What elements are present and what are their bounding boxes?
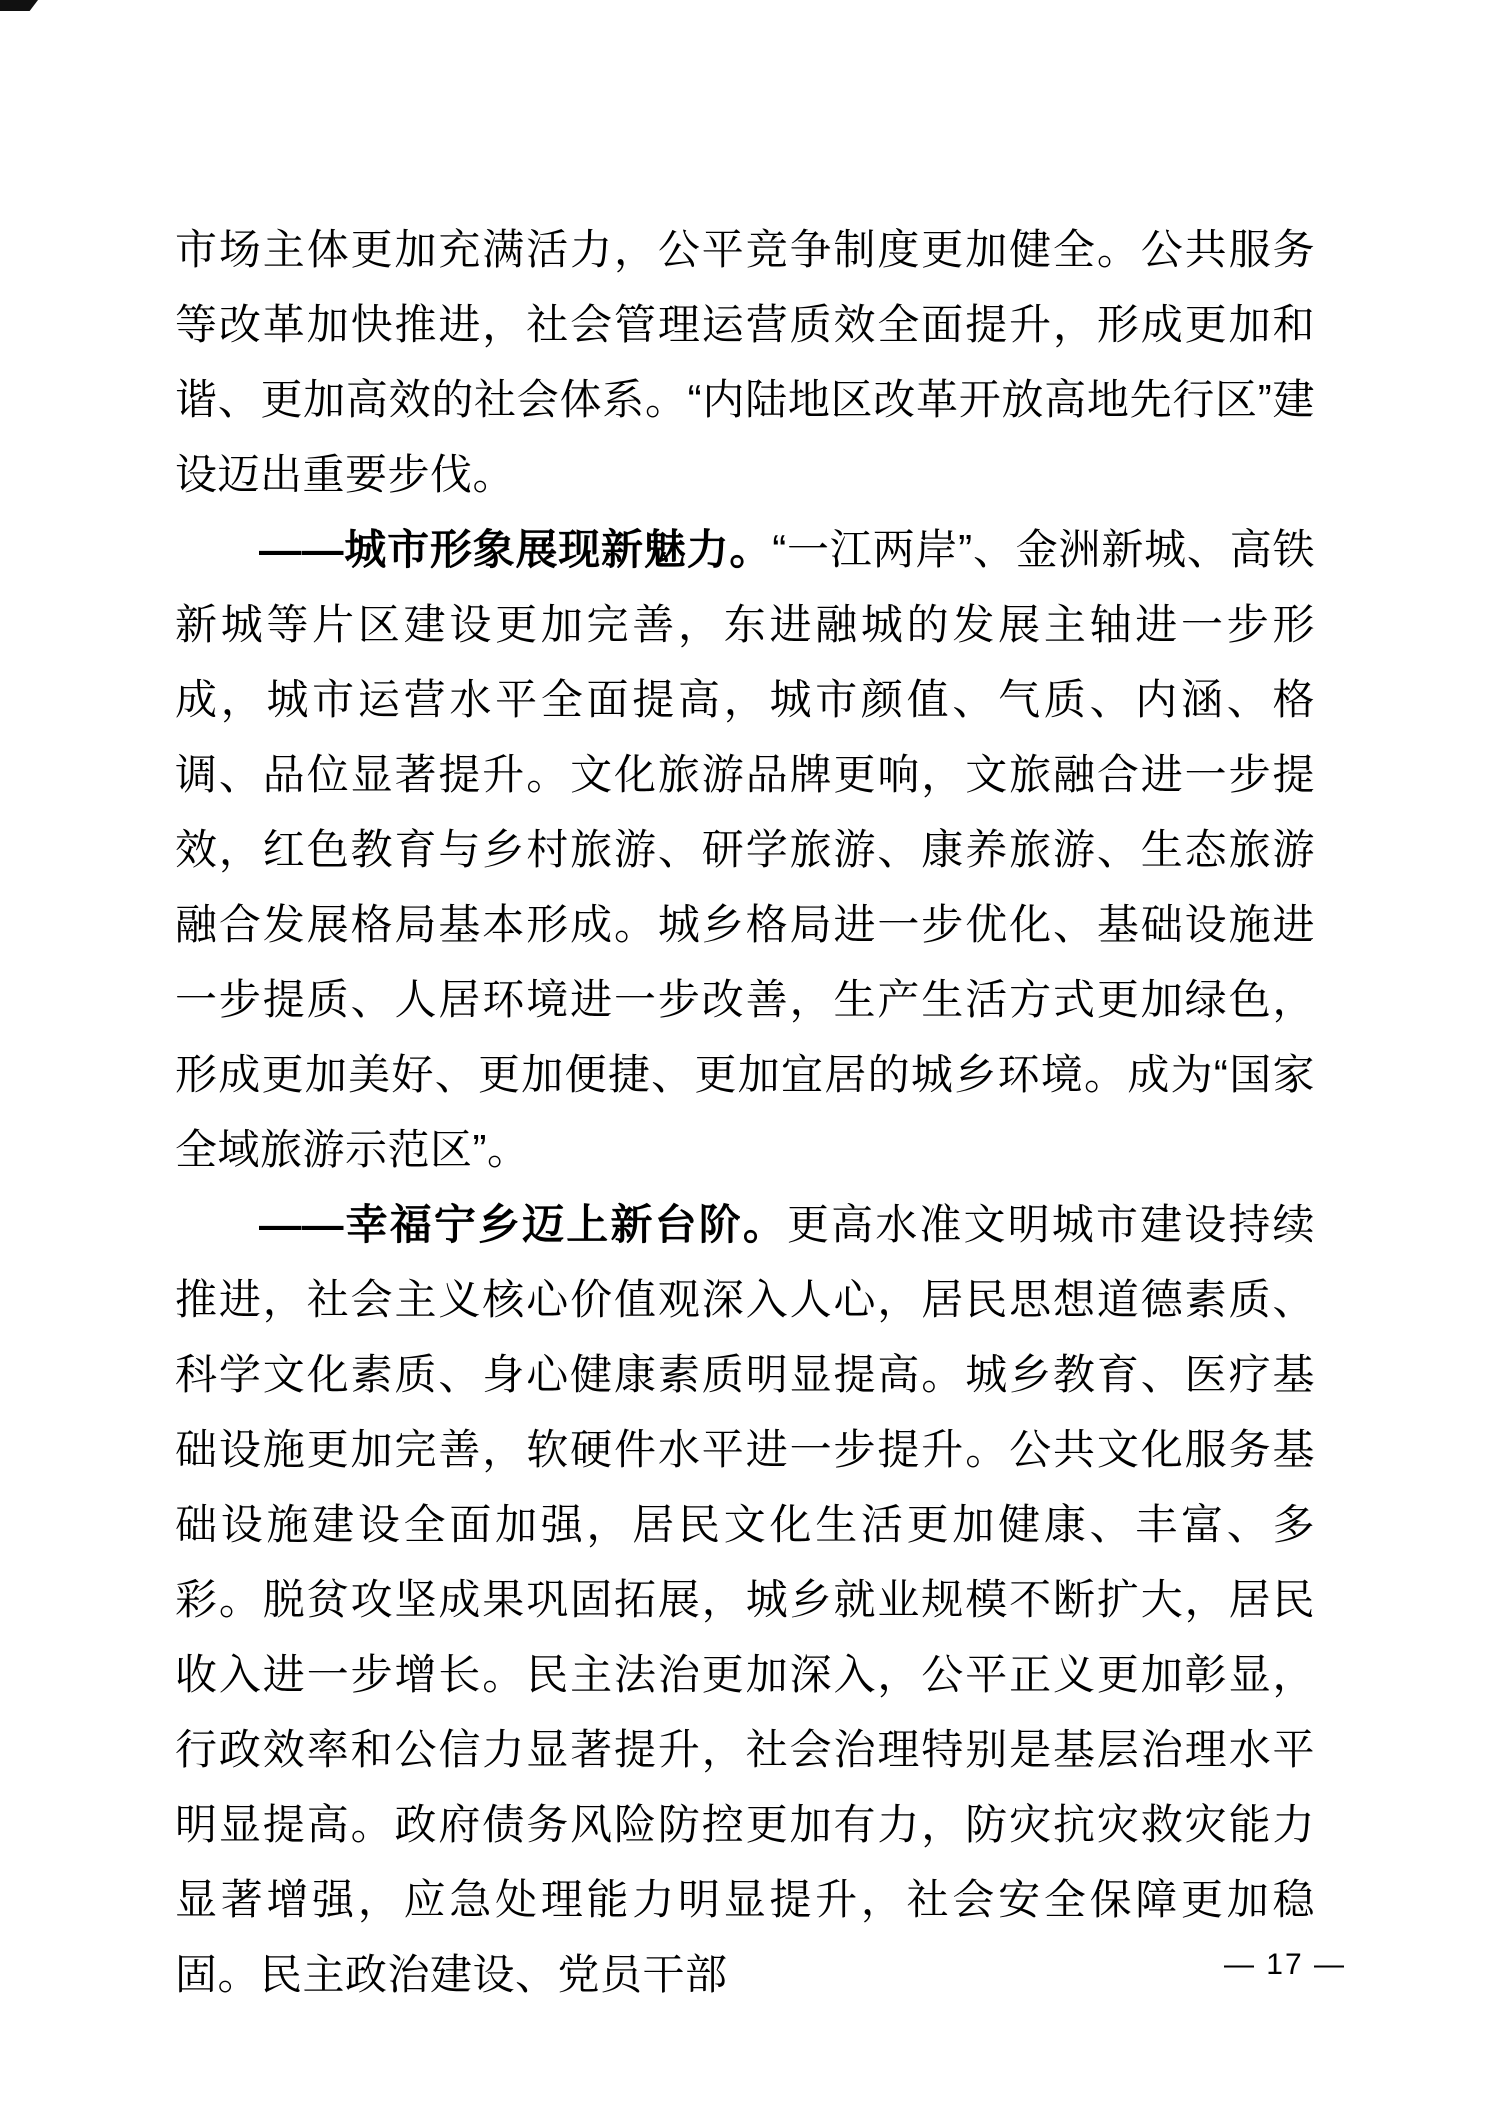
paragraph-lead: ——幸福宁乡迈上新台阶。	[259, 1201, 787, 1248]
paragraph-text: 市场主体更加充满活力，公平竞争制度更加健全。公共服务等改革加快推进，社会管理运营…	[175, 226, 1315, 498]
paragraph-text: “一江两岸”、金洲新城、高铁新城等片区建设更加完善，东进融城的发展主轴进一步形成…	[175, 526, 1315, 1173]
document-body: 市场主体更加充满活力，公平竞争制度更加健全。公共服务等改革加快推进，社会管理运营…	[175, 212, 1315, 2012]
scan-artifact-mark	[0, 0, 38, 11]
paragraph-lead: ——城市形象展现新魅力。	[259, 526, 772, 573]
document-page: 市场主体更加充满活力，公平竞争制度更加健全。公共服务等改革加快推进，社会管理运营…	[0, 0, 1488, 2104]
paragraph: ——城市形象展现新魅力。“一江两岸”、金洲新城、高铁新城等片区建设更加完善，东进…	[175, 512, 1315, 1187]
paragraph: ——幸福宁乡迈上新台阶。更高水准文明城市建设持续推进，社会主义核心价值观深入人心…	[175, 1187, 1315, 2012]
paragraph-text: 更高水准文明城市建设持续推进，社会主义核心价值观深入人心，居民思想道德素质、科学…	[175, 1201, 1315, 1998]
paragraph: 市场主体更加充满活力，公平竞争制度更加健全。公共服务等改革加快推进，社会管理运营…	[175, 212, 1315, 512]
page-number: — 17 —	[1224, 1944, 1346, 1986]
